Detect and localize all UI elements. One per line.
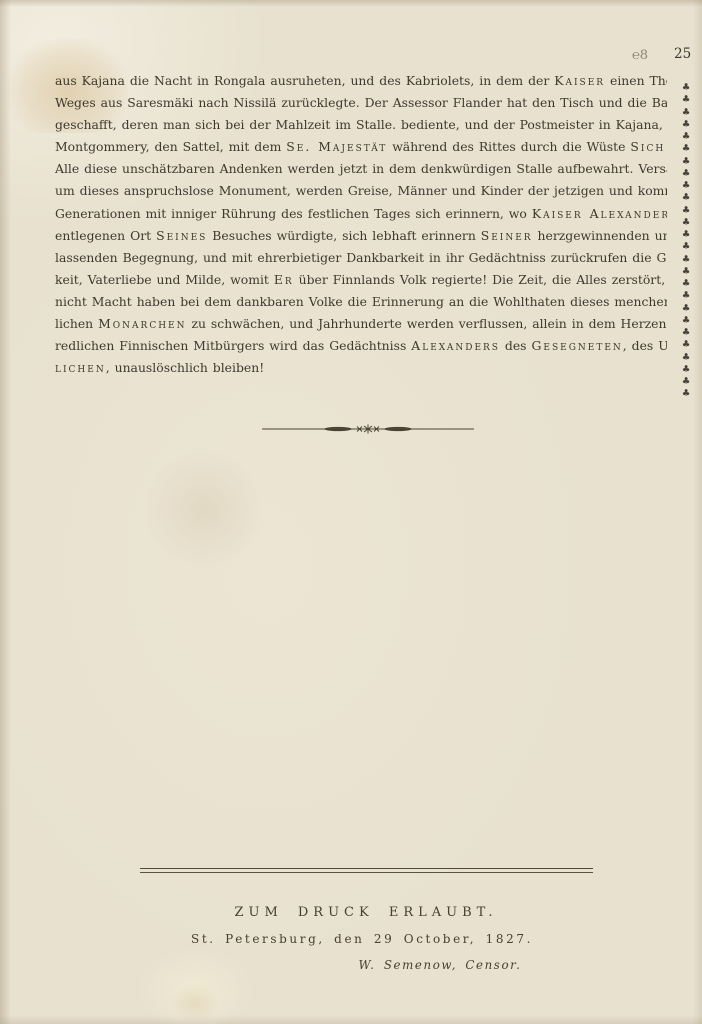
body-line: Montgommery, den Sattel, mit dem Se. Maj… [55, 136, 667, 158]
small-caps-text: Monarchen [98, 316, 186, 331]
small-caps-text: Alexanders [411, 338, 500, 353]
body-text-segment: keit, Vaterliebe und Milde, womit [55, 272, 274, 287]
fleuron-icon: ♣ [678, 107, 694, 119]
small-caps-text: Unvergess- [658, 338, 667, 353]
body-line: um dieses anspruchslose Monument, werden… [55, 180, 667, 202]
small-caps-text: Sich [630, 139, 665, 154]
imprint-place-date-line: St. Petersburg, den 29 October, 1827. [32, 932, 692, 946]
body-text-segment: Generationen mit inniger Rührung des fes… [55, 206, 532, 221]
fleuron-icon: ♣ [678, 388, 694, 400]
fleuron-icon: ♣ [678, 278, 694, 290]
small-caps-text: Seiner [481, 228, 533, 243]
body-text-segment: , des [623, 338, 658, 353]
fleuron-icon: ♣ [678, 254, 694, 266]
body-text-segment: einen Theil des [605, 73, 667, 88]
fleuron-icon: ♣ [678, 266, 694, 278]
paper-stain-bottom [140, 950, 250, 1024]
fleuron-icon: ♣ [678, 290, 694, 302]
body-text-segment: lichen [55, 316, 98, 331]
body-line: redlichen Finnischen Mitbürgers wird das… [55, 335, 667, 357]
fleuron-icon: ♣ [678, 339, 694, 351]
margin-fleuron-ornaments: ♣♣♣♣♣♣♣♣♣♣♣♣♣♣♣♣♣♣♣♣♣♣♣♣♣♣ [678, 82, 694, 401]
page-number: 25 [674, 46, 691, 62]
fleuron-icon: ♣ [678, 327, 694, 339]
fleuron-icon: ♣ [678, 352, 694, 364]
small-caps-text: Kaiser Alexander [532, 206, 667, 221]
body-text-segment: entlegenen Ort [55, 228, 156, 243]
signature-stamp-mark: ℮8 [632, 47, 648, 63]
body-text-segment: , unauslöschlich bleiben! [106, 360, 264, 375]
fleuron-icon: ♣ [678, 205, 694, 217]
fleuron-icon: ♣ [678, 94, 694, 106]
fleuron-icon: ♣ [678, 364, 694, 376]
imprint-permission-line: ZUM DRUCK ERLAUBT. [36, 905, 696, 920]
body-text-segment: des [500, 338, 532, 353]
fleuron-icon: ♣ [678, 303, 694, 315]
body-text-segment: geschafft, deren man sich bei der Mahlze… [55, 117, 667, 132]
small-caps-text: Gesegneten [531, 338, 622, 353]
fleuron-icon: ♣ [678, 119, 694, 131]
body-text-segment: zu schwächen, und Jahrhunderte werden ve… [187, 316, 667, 331]
body-text-segment: nicht Macht haben bei dem dankbaren Volk… [55, 294, 667, 309]
body-text-segment: Montgommery, den Sattel, mit dem [55, 139, 286, 154]
paper-stain-bottom-small [172, 985, 218, 1021]
body-text-segment: während des Rittes durch die Wüste [387, 139, 630, 154]
imprint-censor-signature: W. Semenow, Censor. [260, 958, 620, 972]
fleuron-icon: ♣ [678, 131, 694, 143]
body-text-segment: über Finnlands Volk regierte! Die Zeit, … [294, 272, 667, 287]
body-line: Weges aus Saresmäki nach Nissilä zurückl… [55, 92, 667, 114]
fleuron-icon: ♣ [678, 156, 694, 168]
body-text-segment: aus Kajana die Nacht in Rongala ausruhet… [55, 73, 554, 88]
small-caps-text: Se. Majestät [286, 139, 387, 154]
fleuron-icon: ♣ [678, 143, 694, 155]
body-text-segment: begnügten. [665, 139, 667, 154]
section-divider-ornament [262, 421, 474, 440]
fleuron-icon: ♣ [678, 229, 694, 241]
fleuron-icon: ♣ [678, 376, 694, 388]
fleuron-icon: ♣ [678, 217, 694, 229]
fleuron-icon: ♣ [678, 315, 694, 327]
body-line: Alle diese unschätzbaren Andenken werden… [55, 158, 667, 180]
small-caps-text: lichen [55, 360, 106, 375]
body-text-segment: redlichen Finnischen Mitbürgers wird das… [55, 338, 411, 353]
fleuron-icon: ♣ [678, 180, 694, 192]
body-line: lassenden Begegnung, und mit ehrerbietig… [55, 247, 667, 269]
body-line: Generationen mit inniger Rührung des fes… [55, 203, 667, 225]
small-caps-text: Er [274, 272, 294, 287]
fleuron-icon: ♣ [678, 241, 694, 253]
body-text: aus Kajana die Nacht in Rongala ausruhet… [55, 70, 667, 379]
body-line: aus Kajana die Nacht in Rongala ausruhet… [55, 70, 667, 92]
body-text-segment: lassenden Begegnung, und mit ehrerbietig… [55, 250, 667, 265]
body-text-segment: um dieses anspruchslose Monument, werden… [55, 183, 667, 198]
body-line: keit, Vaterliebe und Milde, womit Er übe… [55, 269, 667, 291]
paper-stain-middle [145, 450, 265, 570]
body-line: lichen, unauslöschlich bleiben! [55, 357, 667, 379]
body-line: lichen Monarchen zu schwächen, und Jahrh… [55, 313, 667, 335]
book-page: ℮8 25 ♣♣♣♣♣♣♣♣♣♣♣♣♣♣♣♣♣♣♣♣♣♣♣♣♣♣ aus Kaj… [0, 0, 702, 1024]
small-caps-text: Kaiser [554, 73, 605, 88]
small-caps-text: Seines [156, 228, 207, 243]
fleuron-icon: ♣ [678, 168, 694, 180]
body-line: geschafft, deren man sich bei der Mahlze… [55, 114, 667, 136]
fleuron-icon: ♣ [678, 192, 694, 204]
body-line: nicht Macht haben bei dem dankbaren Volk… [55, 291, 667, 313]
body-line: entlegenen Ort Seines Besuches würdigte,… [55, 225, 667, 247]
body-text-segment: Besuches würdigte, sich lebhaft erinnern [207, 228, 480, 243]
bottom-double-rule [140, 868, 593, 873]
body-text-segment: Weges aus Saresmäki nach Nissilä zurückl… [55, 95, 667, 110]
body-text-segment: herzgewinnenden und herab- [533, 228, 667, 243]
fleuron-icon: ♣ [678, 82, 694, 94]
body-text-segment: Alle diese unschätzbaren Andenken werden… [55, 161, 667, 176]
